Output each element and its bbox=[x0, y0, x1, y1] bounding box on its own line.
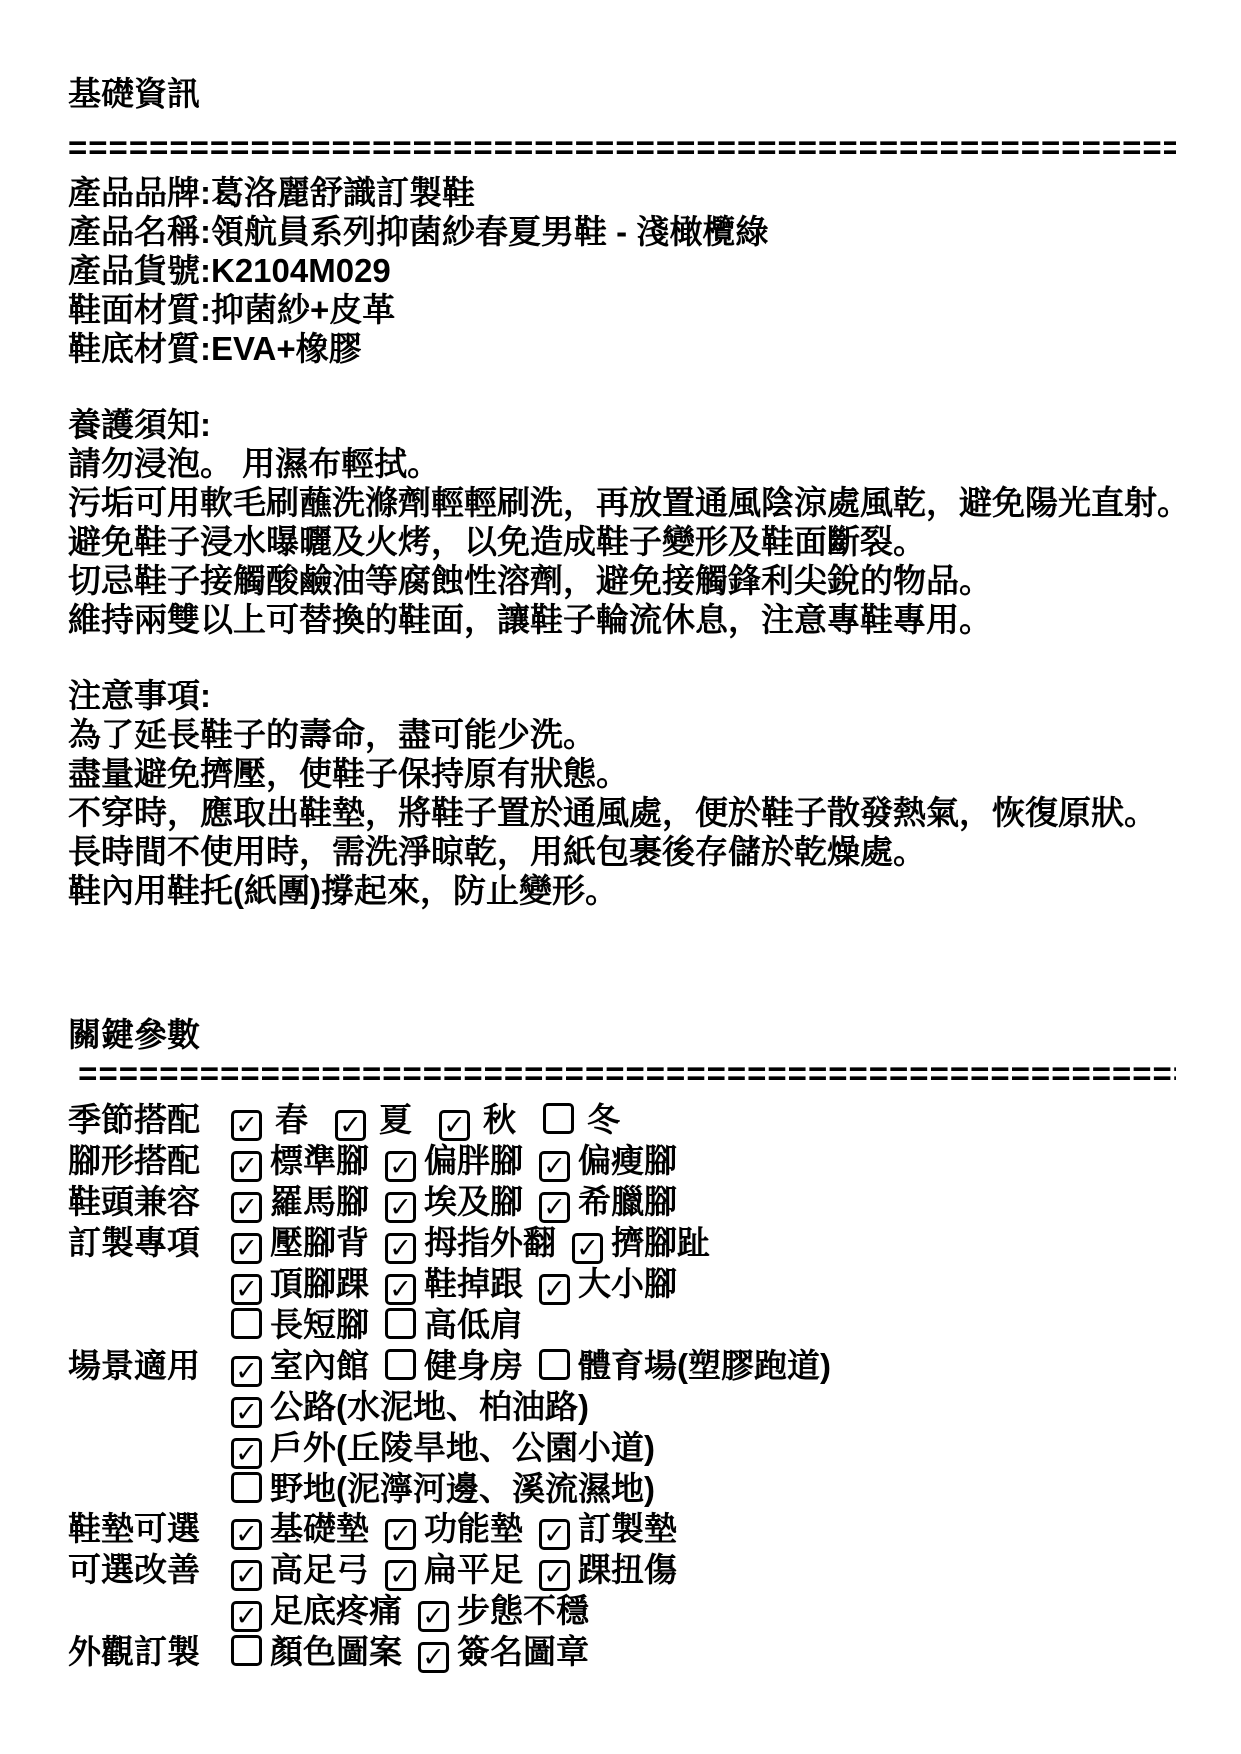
care-line: 維持兩雙以上可替換的鞋面，讓鞋子輪流休息，注意專鞋專用。 bbox=[68, 600, 1201, 639]
param-row: 鞋墊可選✓基礎墊✓功能墊✓訂製墊 bbox=[68, 1509, 1201, 1550]
param-option-line: ✓高足弓✓扁平足✓踝扭傷 bbox=[231, 1550, 1201, 1591]
checkbox-checked-icon: ✓ bbox=[231, 1438, 262, 1469]
param-option-label: 高足弓 bbox=[270, 1551, 369, 1588]
param-option-label: 秋 bbox=[483, 1101, 516, 1138]
param-option: ✓偏胖腳 bbox=[385, 1142, 523, 1179]
param-option: 野地(泥濘河邊、溪流濕地) bbox=[231, 1470, 655, 1507]
checkbox-checked-icon: ✓ bbox=[418, 1601, 449, 1632]
care-section: 養護須知: 請勿浸泡。 用濕布輕拭。污垢可用軟毛刷蘸洗滌劑輕輕刷洗，再放置通風陰… bbox=[68, 405, 1201, 639]
param-option-label: 室內館 bbox=[270, 1347, 369, 1384]
note-line: 盡量避免擠壓，使鞋子保持原有狀態。 bbox=[68, 754, 1201, 793]
param-option: ✓鞋掉跟 bbox=[385, 1265, 523, 1302]
checkbox-checked-icon: ✓ bbox=[385, 1233, 416, 1264]
checkbox-checked-icon: ✓ bbox=[539, 1519, 570, 1550]
care-lines: 請勿浸泡。 用濕布輕拭。污垢可用軟毛刷蘸洗滌劑輕輕刷洗，再放置通風陰涼處風乾，避… bbox=[68, 444, 1201, 639]
param-option-label: 功能墊 bbox=[424, 1510, 523, 1547]
param-option: 長短腳 bbox=[231, 1306, 369, 1343]
param-option-label: 羅馬腳 bbox=[270, 1183, 369, 1220]
param-options: ✓壓腳背✓拇指外翻✓擠腳趾✓頂腳踝✓鞋掉跟✓大小腳長短腳高低肩 bbox=[231, 1223, 1201, 1346]
checkbox-unchecked-icon bbox=[543, 1103, 574, 1134]
care-line: 避免鞋子浸水曝曬及火烤，以免造成鞋子變形及鞋面斷裂。 bbox=[68, 522, 1201, 561]
checkbox-checked-icon: ✓ bbox=[231, 1356, 262, 1387]
param-option-label: 埃及腳 bbox=[424, 1183, 523, 1220]
param-option: ✓埃及腳 bbox=[385, 1183, 523, 1220]
note-line: 為了延長鞋子的壽命，盡可能少洗。 bbox=[68, 715, 1201, 754]
care-line: 請勿浸泡。 用濕布輕拭。 bbox=[68, 444, 1201, 483]
note-line: 長時間不使用時，需洗淨晾乾，用紙包裹後存儲於乾燥處。 bbox=[68, 832, 1201, 871]
param-option: ✓訂製墊 bbox=[539, 1510, 677, 1547]
param-options: ✓基礎墊✓功能墊✓訂製墊 bbox=[231, 1509, 1201, 1550]
param-option-label: 高低肩 bbox=[424, 1306, 523, 1343]
param-option: 體育場(塑膠跑道) bbox=[539, 1347, 831, 1384]
checkbox-checked-icon: ✓ bbox=[335, 1110, 366, 1141]
param-option: ✓大小腳 bbox=[539, 1265, 677, 1302]
notes-section: 注意事項: 為了延長鞋子的壽命，盡可能少洗。盡量避免擠壓，使鞋子保持原有狀態。不… bbox=[68, 676, 1201, 910]
note-line: 鞋內用鞋托(紙團)撐起來，防止變形。 bbox=[68, 871, 1201, 910]
param-option: ✓基礎墊 bbox=[231, 1510, 369, 1547]
param-option-label: 夏 bbox=[379, 1101, 412, 1138]
separator-line: ========================================… bbox=[68, 1054, 1176, 1093]
separator-line: ========================================… bbox=[68, 128, 1176, 167]
param-option: ✓羅馬腳 bbox=[231, 1183, 369, 1220]
param-label: 鞋墊可選 bbox=[68, 1509, 231, 1550]
param-option: ✓足底疼痛 bbox=[231, 1592, 402, 1629]
param-options: ✓高足弓✓扁平足✓踝扭傷✓足底疼痛✓步態不穩 bbox=[231, 1550, 1201, 1632]
param-option-line: ✓壓腳背✓拇指外翻✓擠腳趾 bbox=[231, 1223, 1201, 1264]
checkbox-checked-icon: ✓ bbox=[539, 1274, 570, 1305]
param-option: ✓頂腳踝 bbox=[231, 1265, 369, 1302]
param-row: 腳形搭配✓標準腳✓偏胖腳✓偏瘦腳 bbox=[68, 1141, 1201, 1182]
param-option: 顏色圖案 bbox=[231, 1633, 402, 1670]
basic-info-title: 基礎資訊 bbox=[68, 74, 1201, 113]
product-field-line: 鞋底材質:EVA+橡膠 bbox=[68, 329, 1201, 368]
note-line: 不穿時，應取出鞋墊，將鞋子置於通風處，便於鞋子散發熱氣，恢復原狀。 bbox=[68, 793, 1201, 832]
param-option-label: 希臘腳 bbox=[578, 1183, 677, 1220]
notes-heading: 注意事項: bbox=[68, 676, 1201, 715]
param-row: 鞋頭兼容✓羅馬腳✓埃及腳✓希臘腳 bbox=[68, 1182, 1201, 1223]
checkbox-checked-icon: ✓ bbox=[231, 1110, 262, 1141]
param-option-label: 春 bbox=[275, 1101, 308, 1138]
param-option: 冬 bbox=[543, 1101, 620, 1138]
checkbox-checked-icon: ✓ bbox=[231, 1397, 262, 1428]
param-row: 外觀訂製顏色圖案✓簽名圖章 bbox=[68, 1632, 1201, 1673]
param-option: ✓功能墊 bbox=[385, 1510, 523, 1547]
param-option: ✓踝扭傷 bbox=[539, 1551, 677, 1588]
param-option: ✓春 bbox=[231, 1101, 308, 1138]
checkbox-checked-icon: ✓ bbox=[439, 1110, 470, 1141]
checkbox-checked-icon: ✓ bbox=[385, 1560, 416, 1591]
param-option: ✓步態不穩 bbox=[418, 1592, 589, 1629]
param-option-label: 長短腳 bbox=[270, 1306, 369, 1343]
param-options: ✓羅馬腳✓埃及腳✓希臘腳 bbox=[231, 1182, 1201, 1223]
param-label: 季節搭配 bbox=[68, 1100, 231, 1141]
param-option: ✓簽名圖章 bbox=[418, 1633, 589, 1670]
checkbox-unchecked-icon bbox=[231, 1472, 262, 1503]
param-option: ✓扁平足 bbox=[385, 1551, 523, 1588]
param-option-line: ✓公路(水泥地、柏油路) bbox=[231, 1387, 1201, 1428]
param-option: ✓希臘腳 bbox=[539, 1183, 677, 1220]
checkbox-checked-icon: ✓ bbox=[231, 1560, 262, 1591]
param-option: ✓高足弓 bbox=[231, 1551, 369, 1588]
checkbox-checked-icon: ✓ bbox=[385, 1192, 416, 1223]
param-option-label: 公路(水泥地、柏油路) bbox=[270, 1388, 589, 1425]
checkbox-checked-icon: ✓ bbox=[231, 1274, 262, 1305]
param-option-line: ✓室內館健身房體育場(塑膠跑道) bbox=[231, 1346, 1201, 1387]
notes-lines: 為了延長鞋子的壽命，盡可能少洗。盡量避免擠壓，使鞋子保持原有狀態。不穿時，應取出… bbox=[68, 715, 1201, 910]
param-row: 訂製專項✓壓腳背✓拇指外翻✓擠腳趾✓頂腳踝✓鞋掉跟✓大小腳長短腳高低肩 bbox=[68, 1223, 1201, 1346]
param-row: 場景適用✓室內館健身房體育場(塑膠跑道)✓公路(水泥地、柏油路)✓戶外(丘陵旱地… bbox=[68, 1346, 1201, 1510]
param-option-label: 頂腳踝 bbox=[270, 1265, 369, 1302]
param-option-line: 顏色圖案✓簽名圖章 bbox=[231, 1632, 1201, 1673]
param-options: ✓室內館健身房體育場(塑膠跑道)✓公路(水泥地、柏油路)✓戶外(丘陵旱地、公園小… bbox=[231, 1346, 1201, 1510]
param-label: 外觀訂製 bbox=[68, 1632, 231, 1673]
checkbox-checked-icon: ✓ bbox=[539, 1192, 570, 1223]
care-line: 污垢可用軟毛刷蘸洗滌劑輕輕刷洗，再放置通風陰涼處風乾，避免陽光直射。 bbox=[68, 483, 1201, 522]
param-label: 可選改善 bbox=[68, 1550, 231, 1632]
param-option-line: 長短腳高低肩 bbox=[231, 1305, 1201, 1346]
param-option-label: 體育場(塑膠跑道) bbox=[578, 1347, 831, 1384]
param-option-label: 拇指外翻 bbox=[424, 1224, 556, 1261]
checkbox-unchecked-icon bbox=[231, 1635, 262, 1666]
checkbox-checked-icon: ✓ bbox=[231, 1192, 262, 1223]
param-options: ✓春✓夏✓秋冬 bbox=[231, 1100, 1201, 1141]
param-option-line: ✓足底疼痛✓步態不穩 bbox=[231, 1591, 1201, 1632]
checkbox-checked-icon: ✓ bbox=[231, 1233, 262, 1264]
param-option-line: ✓戶外(丘陵旱地、公園小道) bbox=[231, 1428, 1201, 1469]
param-option-label: 偏胖腳 bbox=[424, 1142, 523, 1179]
param-option-line: ✓基礎墊✓功能墊✓訂製墊 bbox=[231, 1509, 1201, 1550]
param-option-label: 訂製墊 bbox=[578, 1510, 677, 1547]
param-option: ✓秋 bbox=[439, 1101, 516, 1138]
param-label: 訂製專項 bbox=[68, 1223, 231, 1346]
document-page: 基礎資訊 ===================================… bbox=[0, 0, 1241, 1754]
param-option-label: 鞋掉跟 bbox=[424, 1265, 523, 1302]
param-option: ✓拇指外翻 bbox=[385, 1224, 556, 1261]
param-option-label: 標準腳 bbox=[270, 1142, 369, 1179]
param-option: 高低肩 bbox=[385, 1306, 523, 1343]
param-option-label: 野地(泥濘河邊、溪流濕地) bbox=[270, 1470, 655, 1507]
param-option: ✓戶外(丘陵旱地、公園小道) bbox=[231, 1429, 655, 1466]
param-option: ✓室內館 bbox=[231, 1347, 369, 1384]
checkbox-checked-icon: ✓ bbox=[385, 1274, 416, 1305]
param-option: ✓擠腳趾 bbox=[572, 1224, 710, 1261]
param-option: ✓夏 bbox=[335, 1101, 412, 1138]
checkbox-unchecked-icon bbox=[385, 1349, 416, 1380]
param-options: ✓標準腳✓偏胖腳✓偏瘦腳 bbox=[231, 1141, 1201, 1182]
param-option-label: 步態不穩 bbox=[457, 1592, 589, 1629]
param-option: ✓偏瘦腳 bbox=[539, 1142, 677, 1179]
checkbox-checked-icon: ✓ bbox=[418, 1642, 449, 1673]
param-option-label: 足底疼痛 bbox=[270, 1592, 402, 1629]
param-option: ✓壓腳背 bbox=[231, 1224, 369, 1261]
param-option-label: 大小腳 bbox=[578, 1265, 677, 1302]
checkbox-checked-icon: ✓ bbox=[231, 1601, 262, 1632]
param-option-label: 扁平足 bbox=[424, 1551, 523, 1588]
product-field-line: 產品名稱:領航員系列抑菌紗春夏男鞋 - 淺橄欖綠 bbox=[68, 212, 1201, 251]
param-option-label: 健身房 bbox=[424, 1347, 523, 1384]
care-line: 切忌鞋子接觸酸鹼油等腐蝕性溶劑，避免接觸鋒利尖銳的物品。 bbox=[68, 561, 1201, 600]
param-option-line: 野地(泥濘河邊、溪流濕地) bbox=[231, 1469, 1201, 1510]
param-option: ✓標準腳 bbox=[231, 1142, 369, 1179]
param-option: ✓公路(水泥地、柏油路) bbox=[231, 1388, 589, 1425]
param-option-label: 踝扭傷 bbox=[578, 1551, 677, 1588]
checkbox-unchecked-icon bbox=[231, 1308, 262, 1339]
product-fields: 產品品牌:葛洛麗舒識訂製鞋產品名稱:領航員系列抑菌紗春夏男鞋 - 淺橄欖綠產品貨… bbox=[68, 173, 1201, 368]
product-field-line: 鞋面材質:抑菌紗+皮革 bbox=[68, 290, 1201, 329]
param-option-label: 擠腳趾 bbox=[611, 1224, 710, 1261]
checkbox-checked-icon: ✓ bbox=[385, 1519, 416, 1550]
param-options: 顏色圖案✓簽名圖章 bbox=[231, 1632, 1201, 1673]
care-heading: 養護須知: bbox=[68, 405, 1201, 444]
param-option-label: 冬 bbox=[587, 1101, 620, 1138]
param-option-line: ✓頂腳踝✓鞋掉跟✓大小腳 bbox=[231, 1264, 1201, 1305]
checkbox-checked-icon: ✓ bbox=[572, 1233, 603, 1264]
checkbox-checked-icon: ✓ bbox=[231, 1151, 262, 1182]
param-option-label: 偏瘦腳 bbox=[578, 1142, 677, 1179]
param-option-label: 顏色圖案 bbox=[270, 1633, 402, 1670]
key-params-title: 關鍵參數 bbox=[68, 1015, 1201, 1054]
param-option-label: 簽名圖章 bbox=[457, 1633, 589, 1670]
param-row: 季節搭配✓春✓夏✓秋冬 bbox=[68, 1100, 1201, 1141]
checkbox-checked-icon: ✓ bbox=[539, 1560, 570, 1591]
checkbox-unchecked-icon bbox=[539, 1349, 570, 1380]
param-option-line: ✓標準腳✓偏胖腳✓偏瘦腳 bbox=[231, 1141, 1201, 1182]
param-option-line: ✓春✓夏✓秋冬 bbox=[231, 1100, 1201, 1141]
param-label: 鞋頭兼容 bbox=[68, 1182, 231, 1223]
param-option-label: 戶外(丘陵旱地、公園小道) bbox=[270, 1429, 655, 1466]
param-option-line: ✓羅馬腳✓埃及腳✓希臘腳 bbox=[231, 1182, 1201, 1223]
checkbox-checked-icon: ✓ bbox=[539, 1151, 570, 1182]
param-option: 健身房 bbox=[385, 1347, 523, 1384]
checkbox-unchecked-icon bbox=[385, 1308, 416, 1339]
param-row: 可選改善✓高足弓✓扁平足✓踝扭傷✓足底疼痛✓步態不穩 bbox=[68, 1550, 1201, 1632]
key-params-table: 季節搭配✓春✓夏✓秋冬腳形搭配✓標準腳✓偏胖腳✓偏瘦腳鞋頭兼容✓羅馬腳✓埃及腳✓… bbox=[68, 1100, 1201, 1673]
param-option-label: 壓腳背 bbox=[270, 1224, 369, 1261]
checkbox-checked-icon: ✓ bbox=[385, 1151, 416, 1182]
param-label: 場景適用 bbox=[68, 1346, 231, 1510]
product-field-line: 產品品牌:葛洛麗舒識訂製鞋 bbox=[68, 173, 1201, 212]
checkbox-checked-icon: ✓ bbox=[231, 1519, 262, 1550]
param-label: 腳形搭配 bbox=[68, 1141, 231, 1182]
product-field-line: 產品貨號:K2104M029 bbox=[68, 251, 1201, 290]
param-option-label: 基礎墊 bbox=[270, 1510, 369, 1547]
